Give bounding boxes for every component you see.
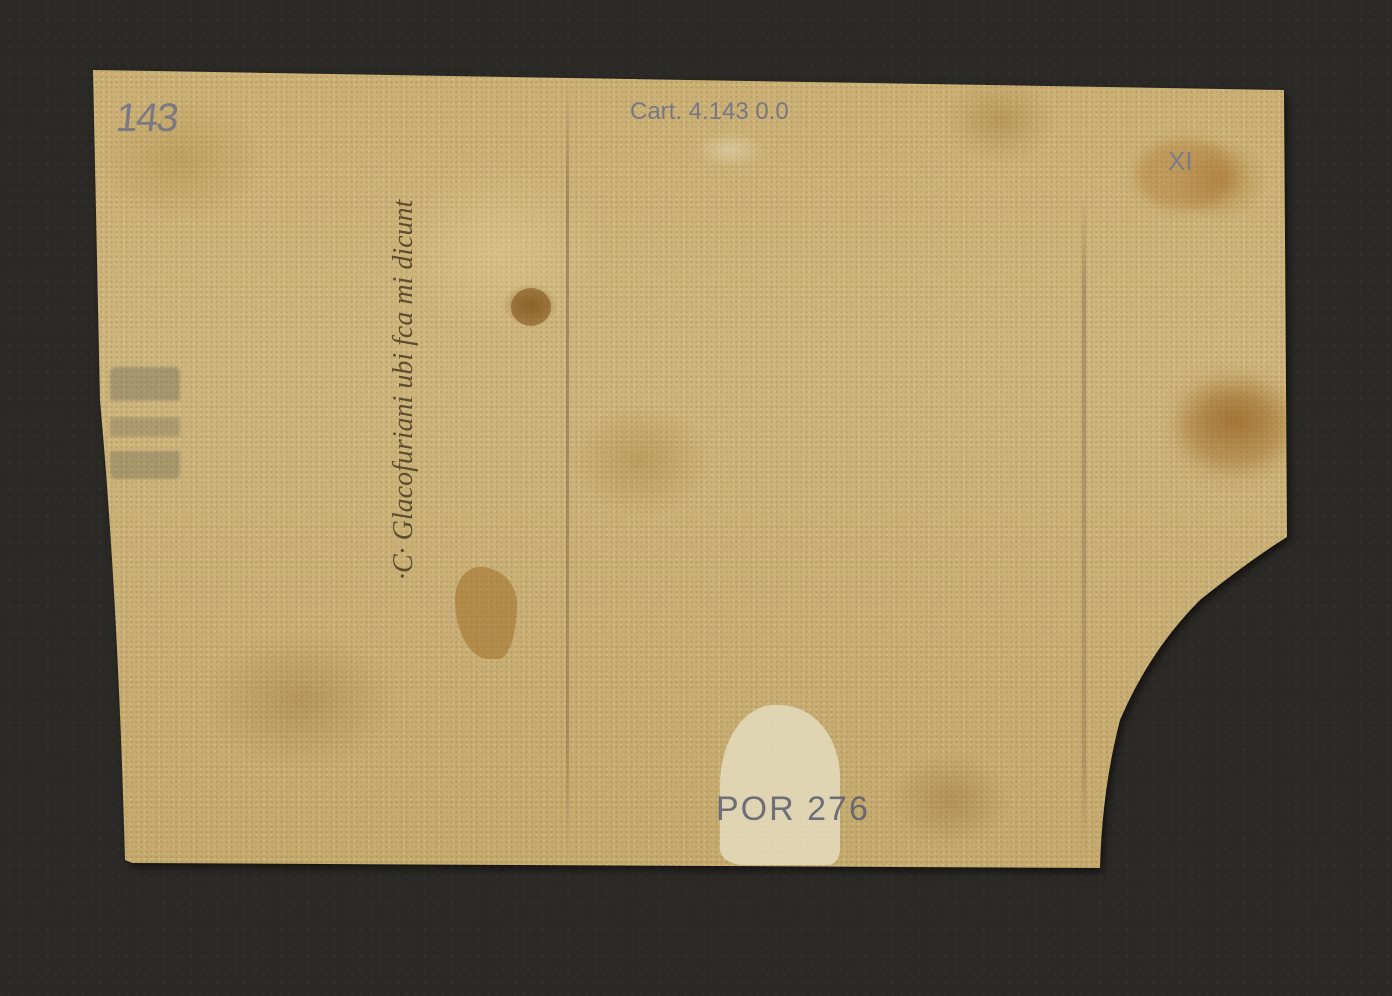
paper-repair-patch bbox=[720, 705, 840, 865]
parchment-surface: 143 Cart. 4.143 0.0 XI POR 276 ·C· Glaco… bbox=[0, 0, 1392, 996]
scan-stage: 143 Cart. 4.143 0.0 XI POR 276 ·C· Glaco… bbox=[0, 0, 1392, 996]
manuscript-note: ·C· Glacofuriani ubi fca mi dicunt bbox=[388, 80, 420, 580]
stain-spot bbox=[511, 288, 551, 326]
faded-stamp bbox=[110, 367, 180, 479]
stain-right-edge bbox=[1180, 380, 1290, 470]
shelfmark-number: 143 bbox=[114, 96, 179, 141]
stain-large bbox=[455, 567, 517, 659]
roman-numeral: XI bbox=[1168, 146, 1193, 177]
parchment-sheet: 143 Cart. 4.143 0.0 XI POR 276 ·C· Glaco… bbox=[0, 0, 1392, 996]
fold-line-center bbox=[566, 85, 569, 855]
por-reference: POR 276 bbox=[716, 790, 870, 829]
catalog-reference: Cart. 4.143 0.0 bbox=[630, 98, 789, 126]
fold-line-right bbox=[1082, 190, 1086, 860]
